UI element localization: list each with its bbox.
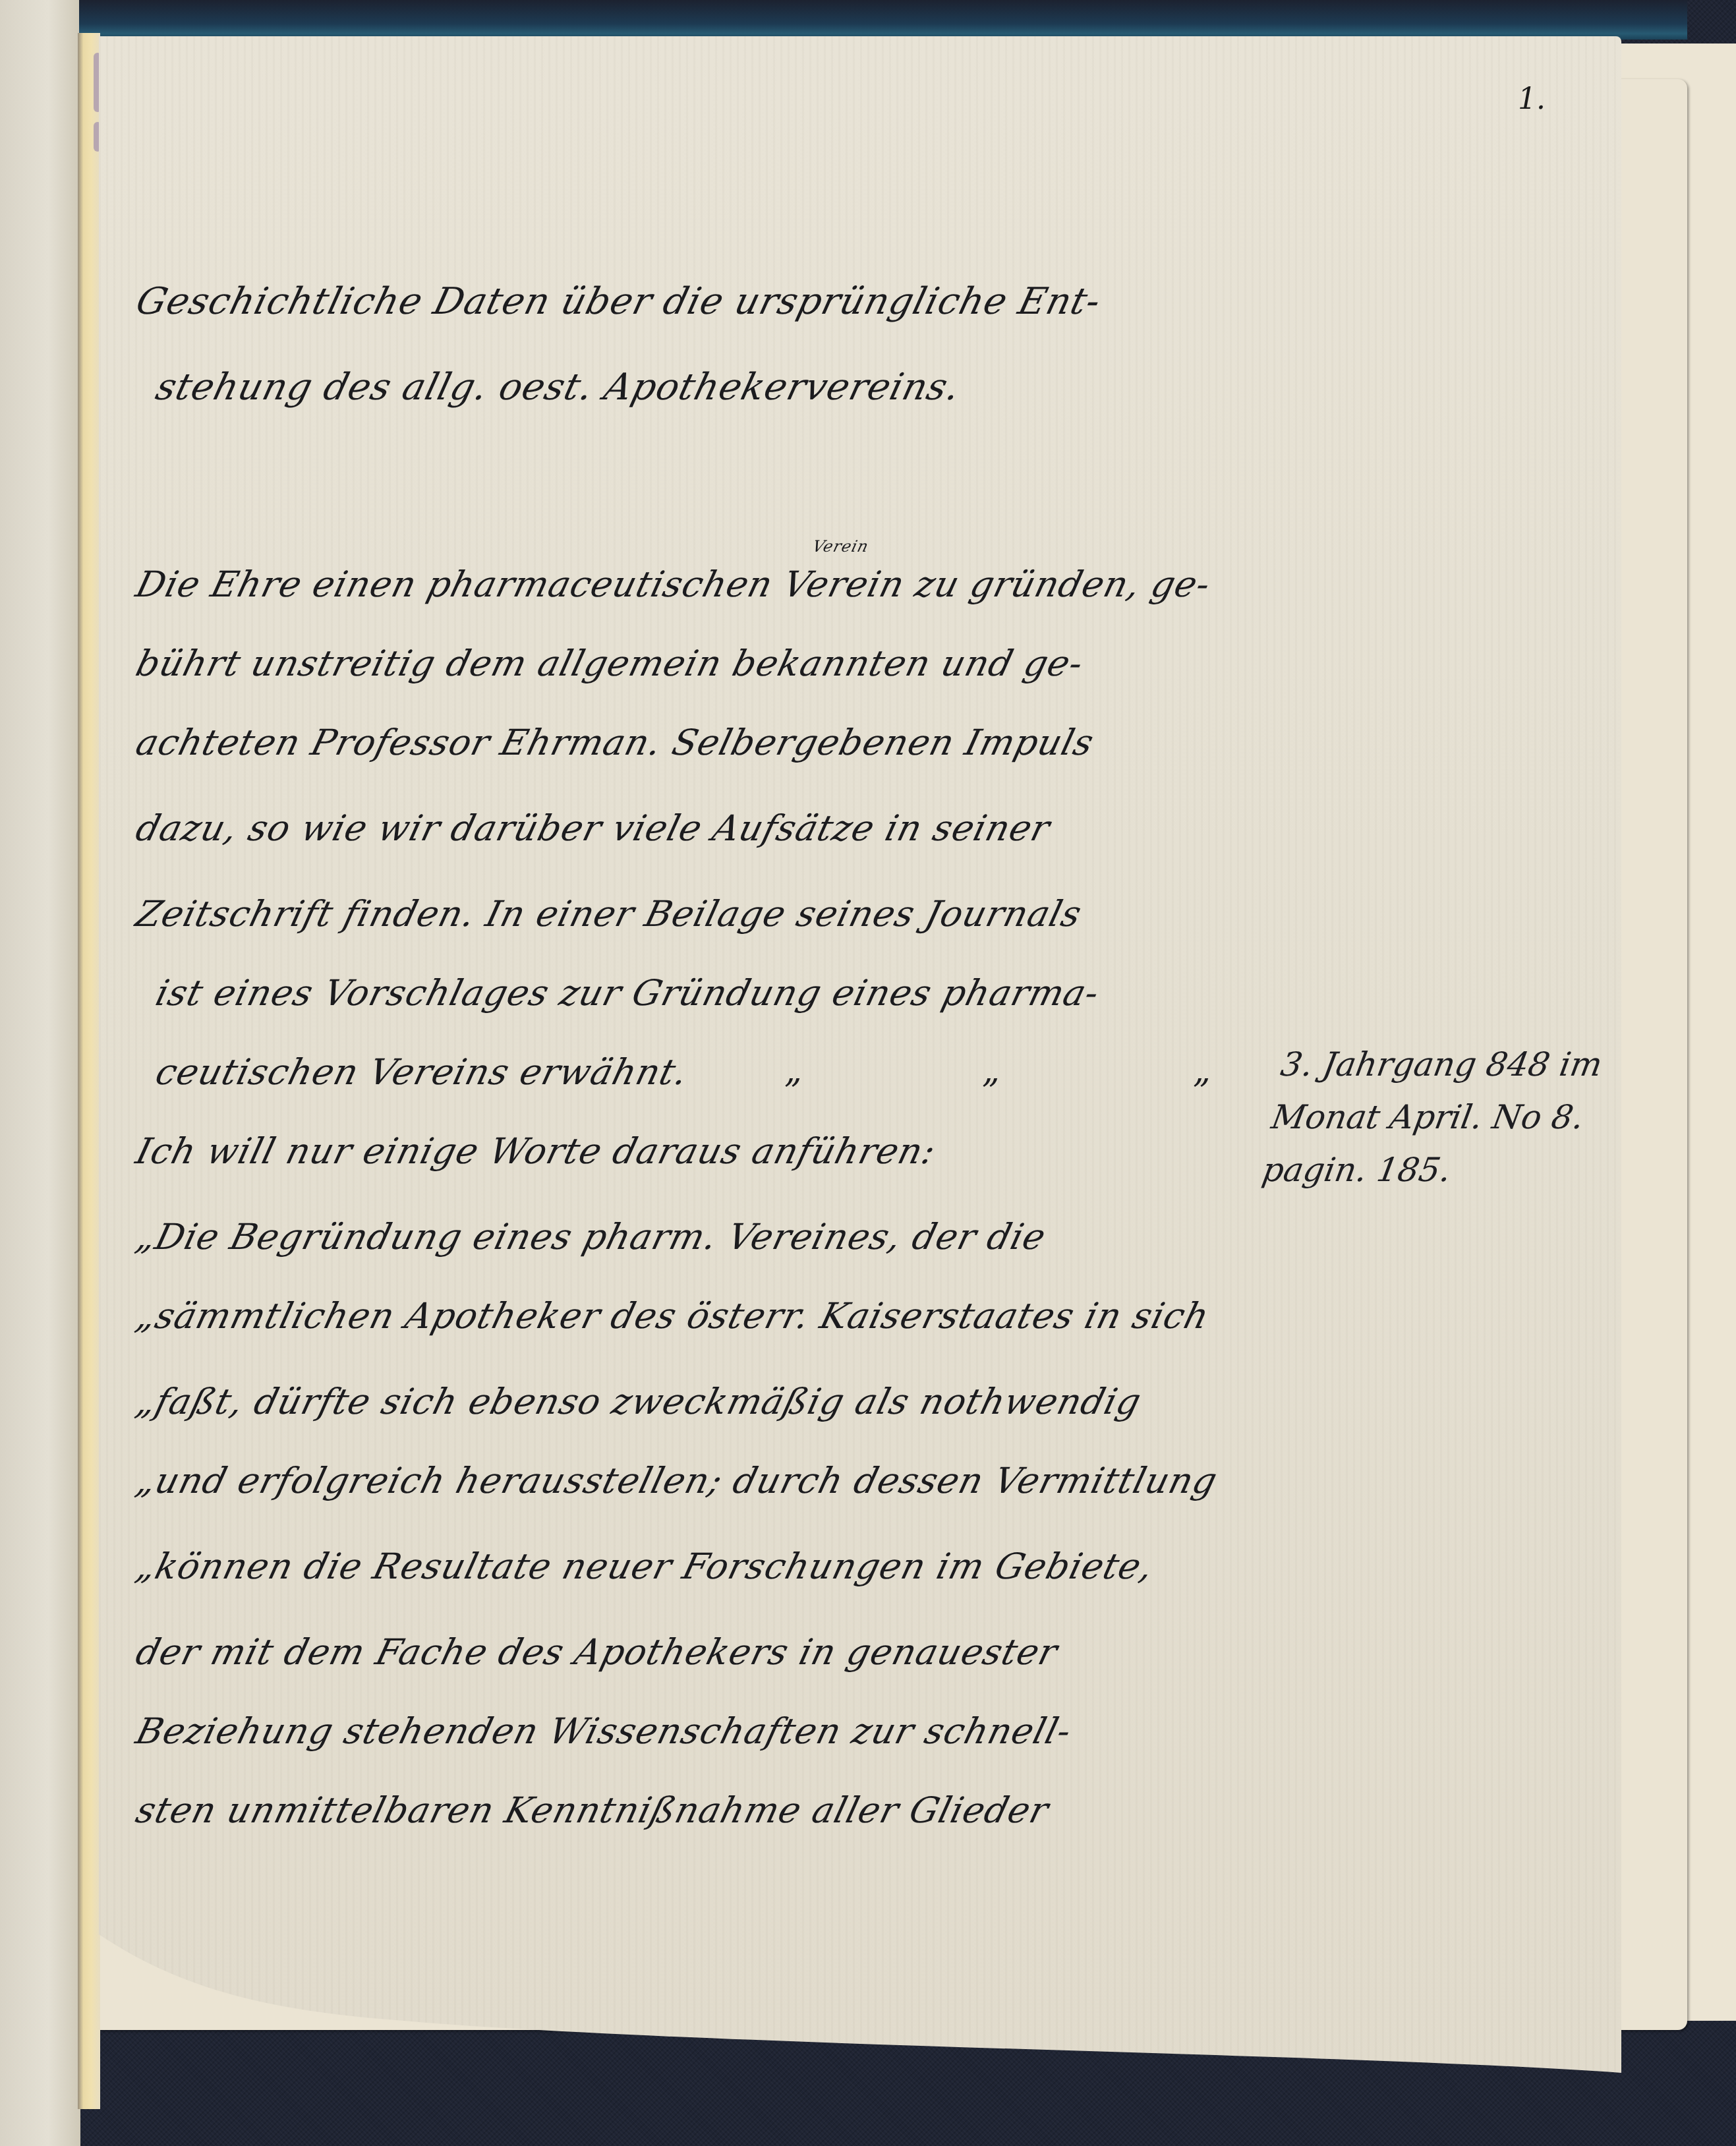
body-line: ceutischen Vereins erwähnt.: [152, 1051, 693, 1093]
body-line: sten unmittelbaren Kenntnißnahme aller G…: [132, 1789, 1053, 1831]
body-line: Die Ehre einen pharmaceutischen Verein z…: [132, 564, 1215, 605]
body-line: ist eines Vorschlages zur Gründung eines…: [152, 972, 1104, 1014]
body-line: Ich will nur einige Worte daraus anführe…: [132, 1130, 940, 1172]
margin-note-line: 3. Jahrgang 848 im: [1277, 1038, 1606, 1091]
body-line: „können die Resultate neuer Forschungen …: [132, 1546, 1158, 1587]
binding-cloth-edge: [79, 0, 1687, 40]
ditto-mark: „: [1193, 1051, 1211, 1091]
margin-note-line: Monat April. No 8.: [1267, 1091, 1597, 1144]
body-line: „und erfolgreich herausstellen; durch de…: [132, 1460, 1222, 1501]
body-line: achteten Professor Ehrman. Selbergebenen…: [132, 722, 1098, 763]
heading-line-2: stehung des allg. oest. Apothekervereins…: [152, 366, 965, 409]
body-line: Zeitschrift finden. In einer Beilage sei…: [132, 893, 1086, 935]
body-line: der mit dem Fache des Apothekers in gena…: [132, 1631, 1062, 1673]
book-gutter: [78, 33, 100, 2109]
page-number: 1.: [1518, 82, 1546, 116]
margin-note-line: pagin. 185.: [1258, 1144, 1588, 1196]
body-line: „faßt, dürfte sich ebenso zweckmäßig als…: [132, 1381, 1145, 1422]
body-line: bührt unstreitig dem allgemein bekannten…: [132, 643, 1087, 684]
heading-line-1: Geschichtliche Daten über die ursprüngli…: [132, 280, 1105, 323]
manuscript-page: 1. Geschichtliche Daten über die ursprün…: [99, 36, 1621, 2073]
interlinear-insertion: Verein: [811, 537, 871, 556]
body-line: Beziehung stehenden Wissenschaften zur s…: [132, 1710, 1076, 1752]
body-line: „Die Begründung eines pharm. Vereines, d…: [132, 1216, 1051, 1258]
facing-left-page: [0, 0, 80, 2146]
body-line: dazu, so wie wir darüber viele Aufsätze …: [132, 807, 1055, 849]
ditto-mark: „: [784, 1051, 802, 1091]
body-line: „sämmtlichen Apotheker des österr. Kaise…: [132, 1295, 1213, 1337]
margin-note: 3. Jahrgang 848 im Monat April. No 8. pa…: [1258, 1038, 1607, 1196]
ditto-mark: „: [982, 1051, 1000, 1091]
